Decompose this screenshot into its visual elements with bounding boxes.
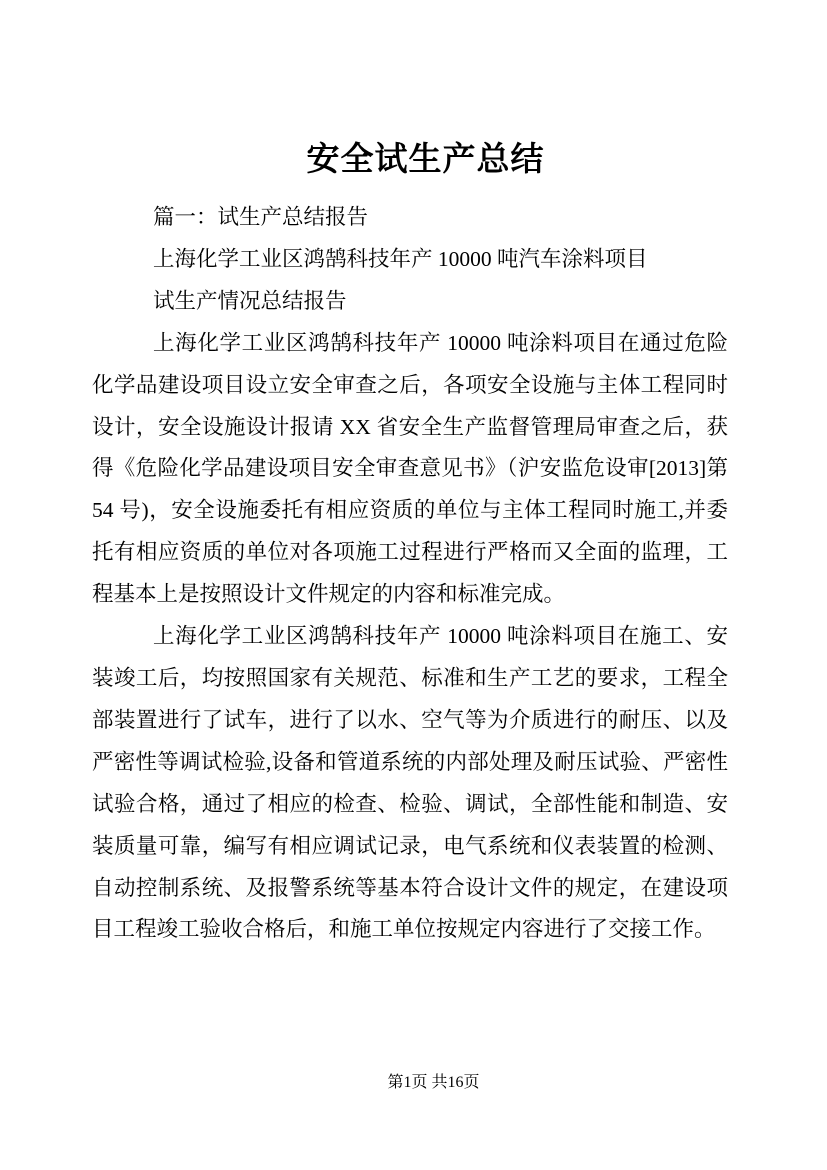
document-page: 安全试生产总结 篇一：试生产总结报告上海化学工业区鸿鹄科技年产 10000 吨汽… — [0, 0, 827, 1170]
paragraph: 上海化学工业区鸿鹄科技年产 10000 吨汽车涂料项目 — [92, 239, 728, 281]
paragraph: 试生产情况总结报告 — [92, 281, 728, 323]
paragraph: 上海化学工业区鸿鹄科技年产 10000 吨涂料项目在通过危险化学品建设项目设立安… — [92, 323, 728, 616]
page-footer: 第1页 共16页 — [40, 1072, 827, 1094]
paragraph: 篇一：试生产总结报告 — [92, 197, 728, 239]
document-title: 安全试生产总结 — [24, 141, 827, 181]
document-body: 篇一：试生产总结报告上海化学工业区鸿鹄科技年产 10000 吨汽车涂料项目试生产… — [92, 197, 728, 951]
page-number-indicator: 第1页 共16页 — [387, 1074, 479, 1091]
paragraph: 上海化学工业区鸿鹄科技年产 10000 吨涂料项目在施工、安装竣工后，均按照国家… — [92, 616, 728, 951]
